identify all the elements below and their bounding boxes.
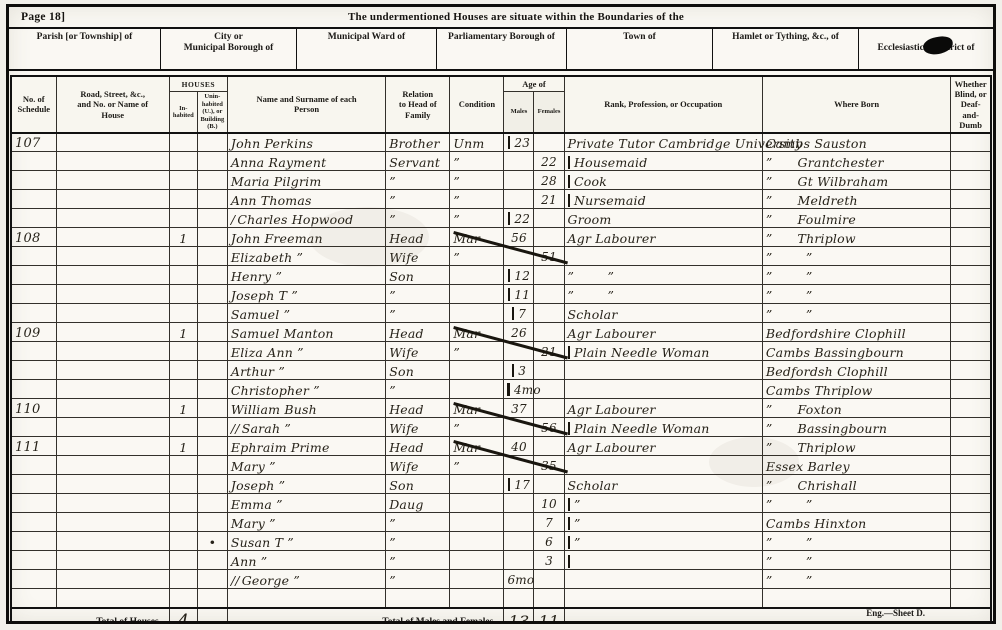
cell-where-born: ” ” bbox=[762, 266, 950, 285]
cell-age-female bbox=[534, 323, 564, 342]
table-row: Samuel ” ” 7 Scholar ” ” bbox=[11, 304, 991, 323]
cell-schedule-number bbox=[11, 190, 56, 209]
cell-inhabited bbox=[169, 570, 197, 589]
cell-road bbox=[56, 190, 169, 209]
cell-relation: ” bbox=[386, 551, 450, 570]
cell-uninhabited bbox=[197, 285, 227, 304]
cell-where-born: Essex Barley bbox=[762, 456, 950, 475]
cell-occupation bbox=[564, 380, 762, 399]
cell-where-born: Bedfordshire Clophill bbox=[762, 323, 950, 342]
cell-condition: ” bbox=[450, 247, 504, 266]
cell-blind bbox=[951, 456, 991, 475]
tally-mark bbox=[568, 555, 571, 568]
cell-schedule-number: 108 bbox=[11, 228, 56, 247]
cell-where-born: Bedfordsh Clophill bbox=[762, 361, 950, 380]
cell-person-name: Ann Thomas bbox=[227, 190, 385, 209]
cell-schedule-number bbox=[11, 209, 56, 228]
cell-schedule-number bbox=[11, 304, 56, 323]
cell-condition bbox=[450, 589, 504, 608]
cell-blind bbox=[951, 570, 991, 589]
table-row: Anna Rayment Servant ” 22 Housemaid ” Gr… bbox=[11, 152, 991, 171]
cell-age-male bbox=[504, 190, 534, 209]
cell-condition bbox=[450, 551, 504, 570]
cell-inhabited bbox=[169, 152, 197, 171]
cell-blind bbox=[951, 551, 991, 570]
cell-uninhabited bbox=[197, 418, 227, 437]
cell-age-male bbox=[504, 247, 534, 266]
cell-occupation: ” bbox=[564, 494, 762, 513]
cell-schedule-number: 110 bbox=[11, 399, 56, 418]
cell-relation: Daug bbox=[386, 494, 450, 513]
cell-where-born: ” Chrishall bbox=[762, 475, 950, 494]
totals-spacer bbox=[564, 608, 991, 624]
cell-uninhabited bbox=[197, 570, 227, 589]
cell-road bbox=[56, 209, 169, 228]
cell-condition: ” bbox=[450, 152, 504, 171]
cell-schedule-number bbox=[11, 342, 56, 361]
cell-person-name: John Perkins bbox=[227, 133, 385, 152]
table-row: Mary ” Wife ” 35 Essex Barley bbox=[11, 456, 991, 475]
cell-inhabited bbox=[169, 513, 197, 532]
tally-mark bbox=[568, 175, 571, 188]
table-row: 107 John Perkins Brother Unm 23 Private … bbox=[11, 133, 991, 152]
sheet-footer-label: Eng.—Sheet D. bbox=[866, 608, 925, 618]
cell-inhabited bbox=[169, 532, 197, 551]
cell-uninhabited bbox=[197, 456, 227, 475]
cell-schedule-number bbox=[11, 589, 56, 608]
cell-schedule-number bbox=[11, 418, 56, 437]
cell-age-female: 28 bbox=[534, 171, 564, 190]
cell-person-name: Christopher ” bbox=[227, 380, 385, 399]
cell-road bbox=[56, 513, 169, 532]
cell-relation: Wife bbox=[386, 418, 450, 437]
col-uninhabited: Unin- habited (U.), or Building (B.) bbox=[197, 92, 227, 133]
cell-age-male bbox=[504, 418, 534, 437]
cell-age-female: 10 bbox=[534, 494, 564, 513]
col-name: Name and Surname of each Person bbox=[227, 76, 385, 133]
cell-schedule-number bbox=[11, 361, 56, 380]
cell-blind bbox=[951, 513, 991, 532]
cell-blind bbox=[951, 247, 991, 266]
tally-mark bbox=[508, 288, 511, 301]
cell-person-name: Henry ” bbox=[227, 266, 385, 285]
cell-age-male: 11 bbox=[504, 285, 534, 304]
cell-age-female bbox=[534, 399, 564, 418]
tally-mark bbox=[568, 156, 571, 169]
cell-inhabited: 1 bbox=[169, 437, 197, 456]
cell-blind bbox=[951, 190, 991, 209]
total-males-females-label: Total of Males and Females... bbox=[227, 608, 504, 624]
cell-relation: ” bbox=[386, 570, 450, 589]
table-row: Maria Pilgrim ” ” 28 Cook ” Gt Wilbraham bbox=[11, 171, 991, 190]
cell-uninhabited bbox=[197, 342, 227, 361]
cell-relation: Wife bbox=[386, 456, 450, 475]
cell-person-name: Samuel ” bbox=[227, 304, 385, 323]
tally-mark bbox=[508, 212, 511, 225]
cell-inhabited bbox=[169, 494, 197, 513]
cell-road bbox=[56, 133, 169, 152]
cell-where-born: ” ” bbox=[762, 551, 950, 570]
col-age-group: Age of bbox=[504, 76, 564, 92]
tally-mark bbox=[507, 383, 510, 396]
cell-relation: ” bbox=[386, 209, 450, 228]
cell-person-name: John Freeman bbox=[227, 228, 385, 247]
cell-uninhabited bbox=[197, 475, 227, 494]
cell-age-female bbox=[534, 475, 564, 494]
cell-uninhabited bbox=[197, 228, 227, 247]
cell-condition: Unm bbox=[450, 133, 504, 152]
cell-uninhabited bbox=[197, 171, 227, 190]
cell-where-born: ” Foxton bbox=[762, 399, 950, 418]
cell-where-born: ” Grantchester bbox=[762, 152, 950, 171]
cell-condition: Mar bbox=[450, 228, 504, 247]
cell-inhabited bbox=[169, 551, 197, 570]
cell-schedule-number bbox=[11, 551, 56, 570]
cell-age-male: 12 bbox=[504, 266, 534, 285]
cell-relation: Son bbox=[386, 266, 450, 285]
cell-relation: Brother bbox=[386, 133, 450, 152]
cell-person-name: Mary ” bbox=[227, 456, 385, 475]
cell-inhabited bbox=[169, 133, 197, 152]
cell-occupation bbox=[564, 570, 762, 589]
cell-blind bbox=[951, 171, 991, 190]
cell-blind bbox=[951, 323, 991, 342]
table-row: Ann Thomas ” ” 21 Nursemaid ” Meldreth bbox=[11, 190, 991, 209]
cell-age-male: 56 bbox=[504, 228, 534, 247]
cell-schedule-number bbox=[11, 171, 56, 190]
cell-person-name: Susan T ” bbox=[227, 532, 385, 551]
cell-road bbox=[56, 456, 169, 475]
cell-condition bbox=[450, 494, 504, 513]
cell-where-born: ” Gt Wilbraham bbox=[762, 171, 950, 190]
totals-section: Total of Houses... 4 Total of Males and … bbox=[11, 608, 991, 624]
cell-road bbox=[56, 532, 169, 551]
cell-inhabited bbox=[169, 190, 197, 209]
cell-age-male: 4mo bbox=[504, 380, 534, 399]
field-ecclesiastical-district: Ecclesiastical District of bbox=[859, 29, 993, 69]
cell-blind bbox=[951, 361, 991, 380]
cell-person-name: Maria Pilgrim bbox=[227, 171, 385, 190]
tally-mark bbox=[508, 269, 511, 282]
cell-inhabited bbox=[169, 589, 197, 608]
table-row: Joseph ” Son 17 Scholar ” Chrishall bbox=[11, 475, 991, 494]
census-table: No. of Schedule Road, Street, &c., and N… bbox=[10, 75, 992, 624]
cell-schedule-number bbox=[11, 247, 56, 266]
cell-blind bbox=[951, 266, 991, 285]
cell-person-name: Ephraim Prime bbox=[227, 437, 385, 456]
cell-age-male: 7 bbox=[504, 304, 534, 323]
cell-relation: Wife bbox=[386, 342, 450, 361]
tally-mark bbox=[568, 517, 571, 530]
table-row: //George ” ” 6mo ” ” bbox=[11, 570, 991, 589]
cell-relation: ” bbox=[386, 380, 450, 399]
cell-where-born: ” ” bbox=[762, 285, 950, 304]
cell-uninhabited bbox=[197, 589, 227, 608]
cell-road bbox=[56, 380, 169, 399]
total-houses-label: Total of Houses... bbox=[11, 608, 169, 624]
cell-inhabited bbox=[169, 418, 197, 437]
cell-relation: Son bbox=[386, 475, 450, 494]
cell-person-name: William Bush bbox=[227, 399, 385, 418]
cell-uninhabited bbox=[197, 304, 227, 323]
cell-age-female bbox=[534, 228, 564, 247]
table-row: 108 1 John Freeman Head Mar 56 Agr Labou… bbox=[11, 228, 991, 247]
cell-where-born: Cambs Hinxton bbox=[762, 513, 950, 532]
cell-occupation: Private Tutor Cambridge University bbox=[564, 133, 762, 152]
cell-schedule-number: 111 bbox=[11, 437, 56, 456]
col-road: Road, Street, &c., and No. or Name of Ho… bbox=[56, 76, 169, 133]
cell-road bbox=[56, 228, 169, 247]
enumerator-mark: / bbox=[231, 212, 235, 227]
cell-age-female: 51 bbox=[534, 247, 564, 266]
tally-mark bbox=[508, 136, 511, 149]
cell-age-male bbox=[504, 589, 534, 608]
cell-occupation: Agr Labourer bbox=[564, 399, 762, 418]
cell-age-male bbox=[504, 532, 534, 551]
cell-blind bbox=[951, 285, 991, 304]
table-row: Arthur ” Son 3 Bedfordsh Clophill bbox=[11, 361, 991, 380]
cell-uninhabited bbox=[197, 380, 227, 399]
cell-occupation: Groom bbox=[564, 209, 762, 228]
cell-where-born: ” Bassingbourn bbox=[762, 418, 950, 437]
cell-schedule-number: 107 bbox=[11, 133, 56, 152]
cell-blind bbox=[951, 380, 991, 399]
cell-road bbox=[56, 399, 169, 418]
col-blind: Whether Blind, or Deaf- and-Dumb bbox=[951, 76, 991, 133]
cell-age-female: 7 bbox=[534, 513, 564, 532]
cell-occupation: Agr Labourer bbox=[564, 323, 762, 342]
cell-age-male: 17 bbox=[504, 475, 534, 494]
cell-where-born: ” Thriplow bbox=[762, 437, 950, 456]
tally-mark bbox=[568, 422, 571, 435]
cell-relation: Head bbox=[386, 323, 450, 342]
cell-person-name: Mary ” bbox=[227, 513, 385, 532]
tally-mark bbox=[512, 364, 515, 377]
cell-person-name: /Charles Hopwood bbox=[227, 209, 385, 228]
cell-uninhabited bbox=[197, 399, 227, 418]
cell-occupation: Housemaid bbox=[564, 152, 762, 171]
cell-relation: ” bbox=[386, 532, 450, 551]
field-city-borough: City or Municipal Borough of bbox=[161, 29, 297, 69]
cell-condition bbox=[450, 532, 504, 551]
table-row: Mary ” ” 7 ” Cambs Hinxton bbox=[11, 513, 991, 532]
enumerator-mark: // bbox=[231, 421, 240, 436]
cell-inhabited bbox=[169, 342, 197, 361]
table-row: Joseph T ” ” 11 ” ” ” ” bbox=[11, 285, 991, 304]
table-row: 110 1 William Bush Head Mar 37 Agr Labou… bbox=[11, 399, 991, 418]
cell-inhabited bbox=[169, 209, 197, 228]
cell-age-male: 6mo bbox=[504, 570, 534, 589]
cell-relation: Son bbox=[386, 361, 450, 380]
col-females: Females bbox=[534, 92, 564, 133]
cell-occupation: Agr Labourer bbox=[564, 437, 762, 456]
cell-age-female: 22 bbox=[534, 152, 564, 171]
cell-age-male bbox=[504, 342, 534, 361]
cell-inhabited bbox=[169, 361, 197, 380]
cell-schedule-number bbox=[11, 285, 56, 304]
tally-mark bbox=[568, 536, 571, 549]
cell-occupation: ” ” bbox=[564, 285, 762, 304]
cell-where-born: Cambs Thriplow bbox=[762, 380, 950, 399]
cell-condition: Mar bbox=[450, 399, 504, 418]
cell-condition bbox=[450, 475, 504, 494]
cell-occupation: Cook bbox=[564, 171, 762, 190]
cell-age-male bbox=[504, 551, 534, 570]
cell-road bbox=[56, 285, 169, 304]
totals-row: Total of Houses... 4 Total of Males and … bbox=[11, 608, 991, 624]
cell-condition bbox=[450, 285, 504, 304]
cell-blind bbox=[951, 209, 991, 228]
col-males: Males bbox=[504, 92, 534, 133]
cell-age-female: 3 bbox=[534, 551, 564, 570]
cell-relation: Head bbox=[386, 437, 450, 456]
col-relation: Relation to Head of Family bbox=[386, 76, 450, 133]
table-row: //Sarah ” Wife ” 56 Plain Needle Woman ”… bbox=[11, 418, 991, 437]
cell-uninhabited bbox=[197, 437, 227, 456]
cell-occupation: Scholar bbox=[564, 475, 762, 494]
cell-relation: ” bbox=[386, 513, 450, 532]
cell-occupation: Plain Needle Woman bbox=[564, 342, 762, 361]
field-hamlet: Hamlet or Tything, &c., of bbox=[713, 29, 859, 69]
totals-spacer bbox=[197, 608, 227, 624]
cell-blind bbox=[951, 532, 991, 551]
cell-schedule-number bbox=[11, 570, 56, 589]
cell-person-name: Emma ” bbox=[227, 494, 385, 513]
cell-road bbox=[56, 247, 169, 266]
cell-blind bbox=[951, 228, 991, 247]
cell-age-female bbox=[534, 266, 564, 285]
cell-relation: ” bbox=[386, 304, 450, 323]
cell-uninhabited bbox=[197, 494, 227, 513]
table-row: Henry ” Son 12 ” ” ” ” bbox=[11, 266, 991, 285]
cell-inhabited: 1 bbox=[169, 323, 197, 342]
top-strip: Page 18] The undermentioned Houses are s… bbox=[9, 7, 993, 29]
cell-age-female: 35 bbox=[534, 456, 564, 475]
cell-road bbox=[56, 551, 169, 570]
cell-uninhabited bbox=[197, 323, 227, 342]
col-schedule: No. of Schedule bbox=[11, 76, 56, 133]
cell-uninhabited bbox=[197, 247, 227, 266]
cell-relation: Wife bbox=[386, 247, 450, 266]
cell-uninhabited bbox=[197, 133, 227, 152]
cell-occupation: ” bbox=[564, 532, 762, 551]
cell-blind bbox=[951, 475, 991, 494]
cell-age-male: 22 bbox=[504, 209, 534, 228]
cell-occupation bbox=[564, 589, 762, 608]
cell-condition bbox=[450, 570, 504, 589]
cell-inhabited: 1 bbox=[169, 399, 197, 418]
cell-condition bbox=[450, 513, 504, 532]
cell-uninhabited bbox=[197, 190, 227, 209]
page-number-label: Page 18] bbox=[9, 11, 159, 23]
cell-where-born: ” Foulmire bbox=[762, 209, 950, 228]
cell-road bbox=[56, 171, 169, 190]
cell-age-male: 40 bbox=[504, 437, 534, 456]
tally-mark bbox=[512, 307, 515, 320]
cell-road bbox=[56, 342, 169, 361]
total-males-value: 13 bbox=[504, 608, 534, 624]
cell-occupation: Nursemaid bbox=[564, 190, 762, 209]
cell-age-female bbox=[534, 361, 564, 380]
col-where-born: Where Born bbox=[762, 76, 950, 133]
tally-mark bbox=[568, 194, 571, 207]
cell-age-male: 26 bbox=[504, 323, 534, 342]
census-sheet: Page 18] The undermentioned Houses are s… bbox=[6, 4, 996, 624]
table-row: Ann ” ” 3 ” ” bbox=[11, 551, 991, 570]
cell-blind bbox=[951, 304, 991, 323]
cell-age-female: 21 bbox=[534, 190, 564, 209]
cell-road bbox=[56, 266, 169, 285]
cell-occupation: Plain Needle Woman bbox=[564, 418, 762, 437]
cell-where-born: ” ” bbox=[762, 532, 950, 551]
cell-person-name bbox=[227, 589, 385, 608]
cell-condition: Mar bbox=[450, 323, 504, 342]
cell-where-born: ” Thriplow bbox=[762, 228, 950, 247]
cell-age-female: 56 bbox=[534, 418, 564, 437]
cell-occupation bbox=[564, 247, 762, 266]
cell-age-female bbox=[534, 304, 564, 323]
cell-occupation: Agr Labourer bbox=[564, 228, 762, 247]
cell-person-name: Anna Rayment bbox=[227, 152, 385, 171]
table-row bbox=[11, 589, 991, 608]
cell-condition bbox=[450, 361, 504, 380]
table-row: Emma ” Daug 10 ” ” ” bbox=[11, 494, 991, 513]
cell-road bbox=[56, 437, 169, 456]
cell-blind bbox=[951, 589, 991, 608]
table-row: Christopher ” ” 4mo Cambs Thriplow bbox=[11, 380, 991, 399]
table-row: /Charles Hopwood ” ” 22 Groom ” Foulmire bbox=[11, 209, 991, 228]
cell-blind bbox=[951, 399, 991, 418]
cell-inhabited bbox=[169, 380, 197, 399]
cell-inhabited bbox=[169, 171, 197, 190]
cell-occupation bbox=[564, 361, 762, 380]
sheet-title: The undermentioned Houses are situate wi… bbox=[159, 11, 993, 23]
cell-road bbox=[56, 361, 169, 380]
cell-uninhabited bbox=[197, 551, 227, 570]
cell-occupation bbox=[564, 551, 762, 570]
table-row: 111 1 Ephraim Prime Head Mar 40 Agr Labo… bbox=[11, 437, 991, 456]
cell-age-male bbox=[504, 494, 534, 513]
cell-occupation: ” bbox=[564, 513, 762, 532]
col-condition: Condition bbox=[450, 76, 504, 133]
cell-person-name: Samuel Manton bbox=[227, 323, 385, 342]
cell-road bbox=[56, 570, 169, 589]
enumerator-mark: // bbox=[231, 573, 240, 588]
cell-blind bbox=[951, 133, 991, 152]
cell-relation: Head bbox=[386, 228, 450, 247]
cell-person-name: Arthur ” bbox=[227, 361, 385, 380]
cell-person-name: //Sarah ” bbox=[227, 418, 385, 437]
cell-schedule-number bbox=[11, 494, 56, 513]
cell-age-female bbox=[534, 285, 564, 304]
cell-age-male: 23 bbox=[504, 133, 534, 152]
ink-blot bbox=[922, 35, 954, 57]
cell-uninhabited bbox=[197, 361, 227, 380]
cell-road bbox=[56, 304, 169, 323]
cell-relation: ” bbox=[386, 190, 450, 209]
cell-age-female bbox=[534, 589, 564, 608]
cell-person-name: Ann ” bbox=[227, 551, 385, 570]
cell-age-female bbox=[534, 570, 564, 589]
cell-road bbox=[56, 323, 169, 342]
cell-age-male: 3 bbox=[504, 361, 534, 380]
tally-mark bbox=[508, 478, 511, 491]
cell-schedule-number bbox=[11, 380, 56, 399]
cell-uninhabited bbox=[197, 513, 227, 532]
cell-person-name: Elizabeth ” bbox=[227, 247, 385, 266]
cell-where-born: ” ” bbox=[762, 304, 950, 323]
cell-where-born: Cambs Sauston bbox=[762, 133, 950, 152]
